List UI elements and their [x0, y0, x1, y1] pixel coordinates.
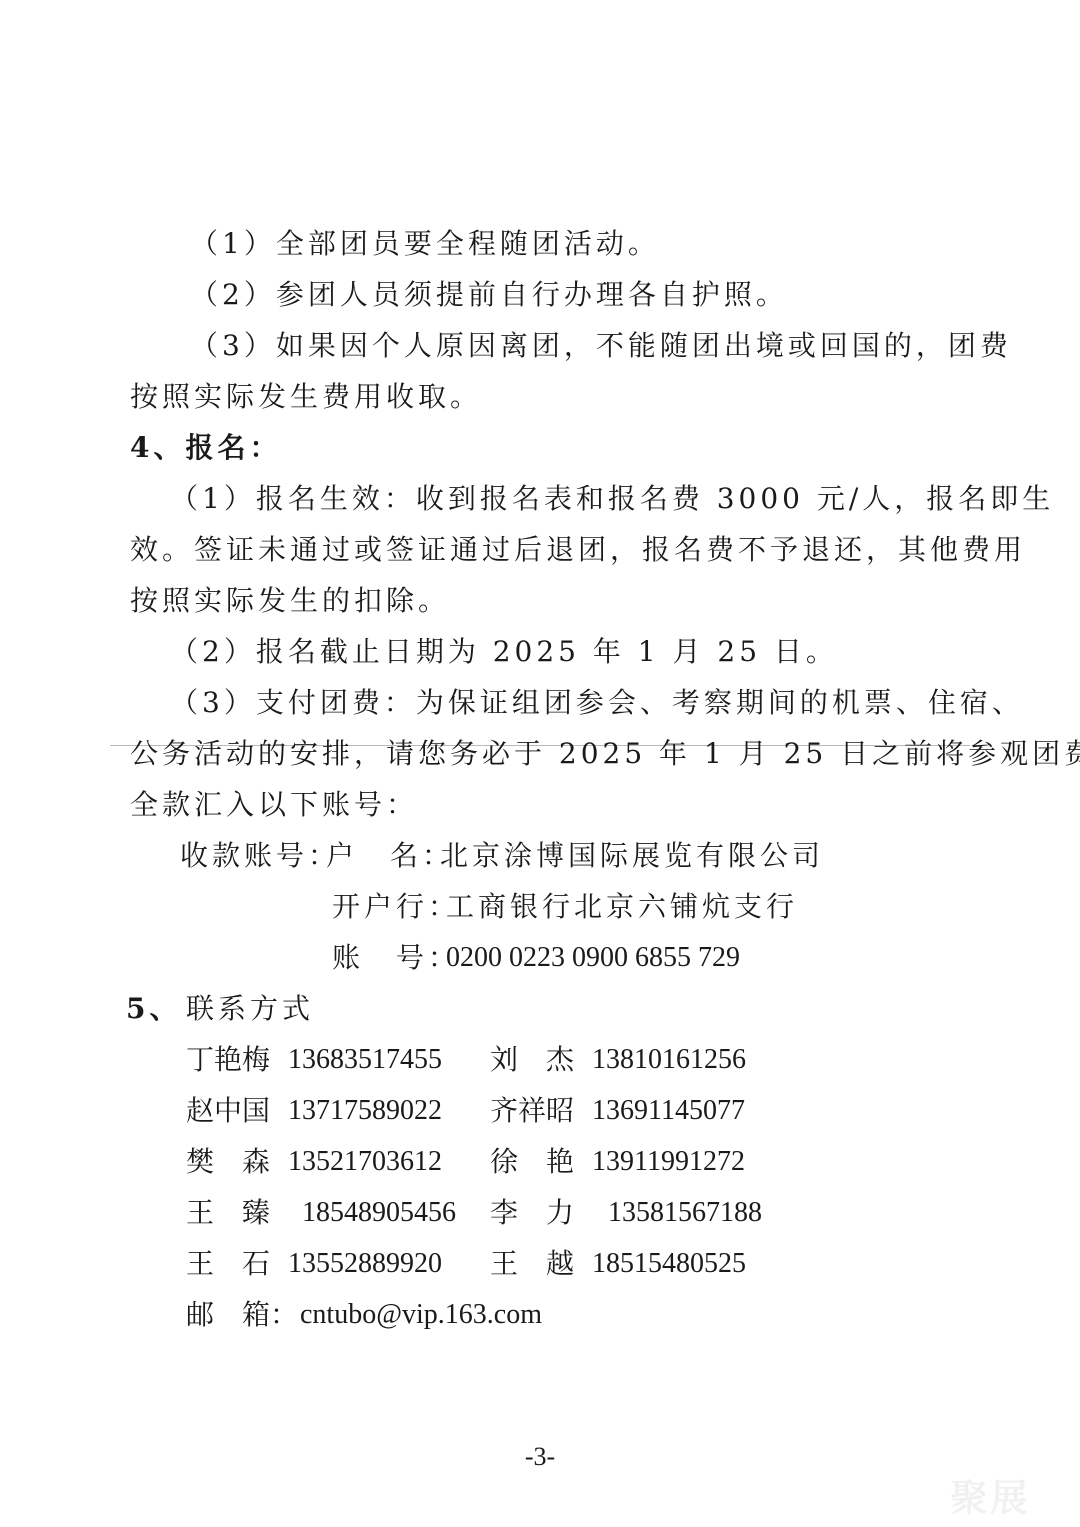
- contact-name: 王 越: [490, 1246, 574, 1282]
- document-page: （1）全部团员要全程随团活动。 （2）参团人员须提前自行办理各自护照。 （3）如…: [0, 0, 1080, 1527]
- section4-item3-line1: （3）支付团费：为保证组团参会、考察期间的机票、住宿、: [170, 685, 1024, 721]
- contact-phone: 13521703612: [288, 1144, 442, 1180]
- bank-branch: 工商银行北京六铺炕支行: [446, 889, 798, 925]
- contact-name: 丁艳梅: [186, 1042, 270, 1078]
- section4-item1-line2: 效。签证未通过或签证通过后退团，报名费不予退还，其他费用: [130, 532, 1026, 568]
- contact-name: 刘 杰: [490, 1042, 574, 1078]
- section3-item3-line1: （3）如果因个人原因离团，不能随团出境或回国的，团费: [190, 328, 1012, 364]
- section4-item1-line1: （1）报名生效：收到报名表和报名费 3000 元/人，报名即生: [170, 481, 1054, 517]
- account-number: 0200 0223 0900 6855 729: [446, 940, 740, 976]
- contact-name: 李 力: [490, 1195, 574, 1231]
- section4-heading: 4、报名：: [130, 430, 281, 466]
- contact-phone: 13717589022: [288, 1093, 442, 1129]
- section4-item3-line2: 公务活动的安排，请您务必于 2025 年 1 月 25 日之前将参观团费: [130, 736, 1080, 772]
- section5-number: 5、: [126, 991, 181, 1027]
- section4-item1-line3: 按照实际发生的扣除。: [130, 583, 450, 619]
- account-number-label: 账 号：: [332, 940, 460, 976]
- page-number: -3-: [0, 1442, 1080, 1472]
- section5-heading: 联系方式: [186, 991, 314, 1027]
- account-name-label: 户 名：: [326, 838, 454, 874]
- contact-phone: 13552889920: [288, 1246, 442, 1282]
- section3-item2: （2）参团人员须提前自行办理各自护照。: [190, 277, 788, 313]
- section4-item2: （2）报名截止日期为 2025 年 1 月 25 日。: [170, 634, 838, 670]
- contact-phone: 13691145077: [592, 1093, 745, 1129]
- contact-phone: 13581567188: [608, 1195, 762, 1231]
- watermark-logo: 聚展: [950, 1467, 1030, 1522]
- bank-branch-label: 开户行：: [332, 889, 460, 925]
- section3-item1: （1）全部团员要全程随团活动。: [190, 226, 660, 262]
- email-label: 邮 箱：: [186, 1297, 298, 1333]
- contact-phone: 13911991272: [592, 1144, 745, 1180]
- account-name: 北京涂博国际展览有限公司: [440, 838, 824, 874]
- section3-item3-line2: 按照实际发生费用收取。: [130, 379, 482, 415]
- contact-phone: 18548905456: [302, 1195, 456, 1231]
- section4-item3-line3: 全款汇入以下账号：: [130, 787, 418, 823]
- contact-phone: 13810161256: [592, 1042, 746, 1078]
- contact-phone: 13683517455: [288, 1042, 442, 1078]
- contact-name: 王 臻: [186, 1195, 270, 1231]
- email-address: cntubo@vip.163.com: [300, 1297, 542, 1333]
- contact-name: 徐 艳: [490, 1144, 574, 1180]
- bank-label: 收款账号：: [180, 838, 340, 874]
- contact-name: 赵中国: [186, 1093, 270, 1129]
- contact-phone: 18515480525: [592, 1246, 746, 1282]
- contact-name: 齐祥昭: [490, 1093, 574, 1129]
- contact-name: 樊 森: [186, 1144, 270, 1180]
- contact-name: 王 石: [186, 1246, 270, 1282]
